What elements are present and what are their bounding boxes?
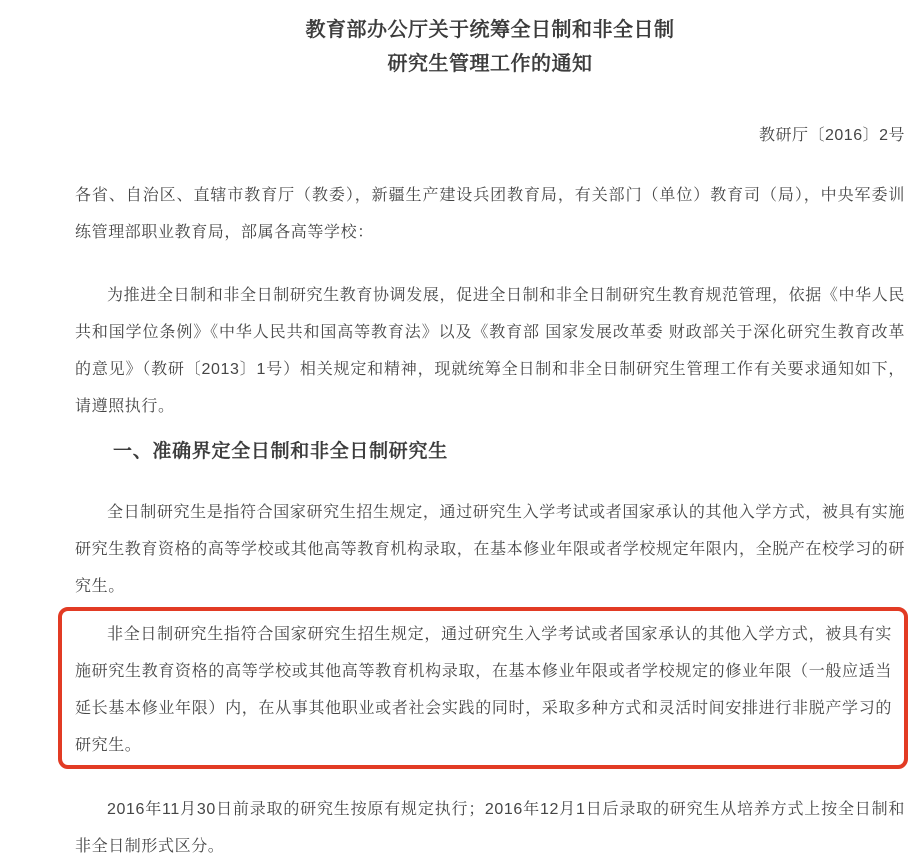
fulltime-definition-paragraph: 全日制研究生是指符合国家研究生招生规定，通过研究生入学考试或者国家承认的其他入学…	[75, 494, 905, 605]
red-highlight-box: 非全日制研究生指符合国家研究生招生规定，通过研究生入学考试或者国家承认的其他入学…	[58, 607, 908, 769]
document-title: 教育部办公厅关于统筹全日制和非全日制 研究生管理工作的通知	[75, 13, 905, 81]
section-heading-1: 一、准确界定全日制和非全日制研究生	[75, 437, 905, 467]
intro-paragraph: 为推进全日制和非全日制研究生教育协调发展，促进全日制和非全日制研究生教育规范管理…	[75, 277, 905, 425]
parttime-definition-paragraph: 非全日制研究生指符合国家研究生招生规定，通过研究生入学考试或者国家承认的其他入学…	[75, 616, 892, 764]
notice-document: 教育部办公厅关于统筹全日制和非全日制 研究生管理工作的通知 教研厅〔2016〕2…	[75, 13, 905, 865]
document-title-line-2: 研究生管理工作的通知	[75, 47, 905, 81]
document-number: 教研厅〔2016〕2号	[75, 124, 905, 148]
document-title-line-1: 教育部办公厅关于统筹全日制和非全日制	[75, 13, 905, 47]
effective-date-paragraph: 2016年11月30日前录取的研究生按原有规定执行；2016年12月1日后录取的…	[75, 791, 905, 865]
salutation-paragraph: 各省、自治区、直辖市教育厅（教委），新疆生产建设兵团教育局，有关部门（单位）教育…	[75, 177, 905, 251]
